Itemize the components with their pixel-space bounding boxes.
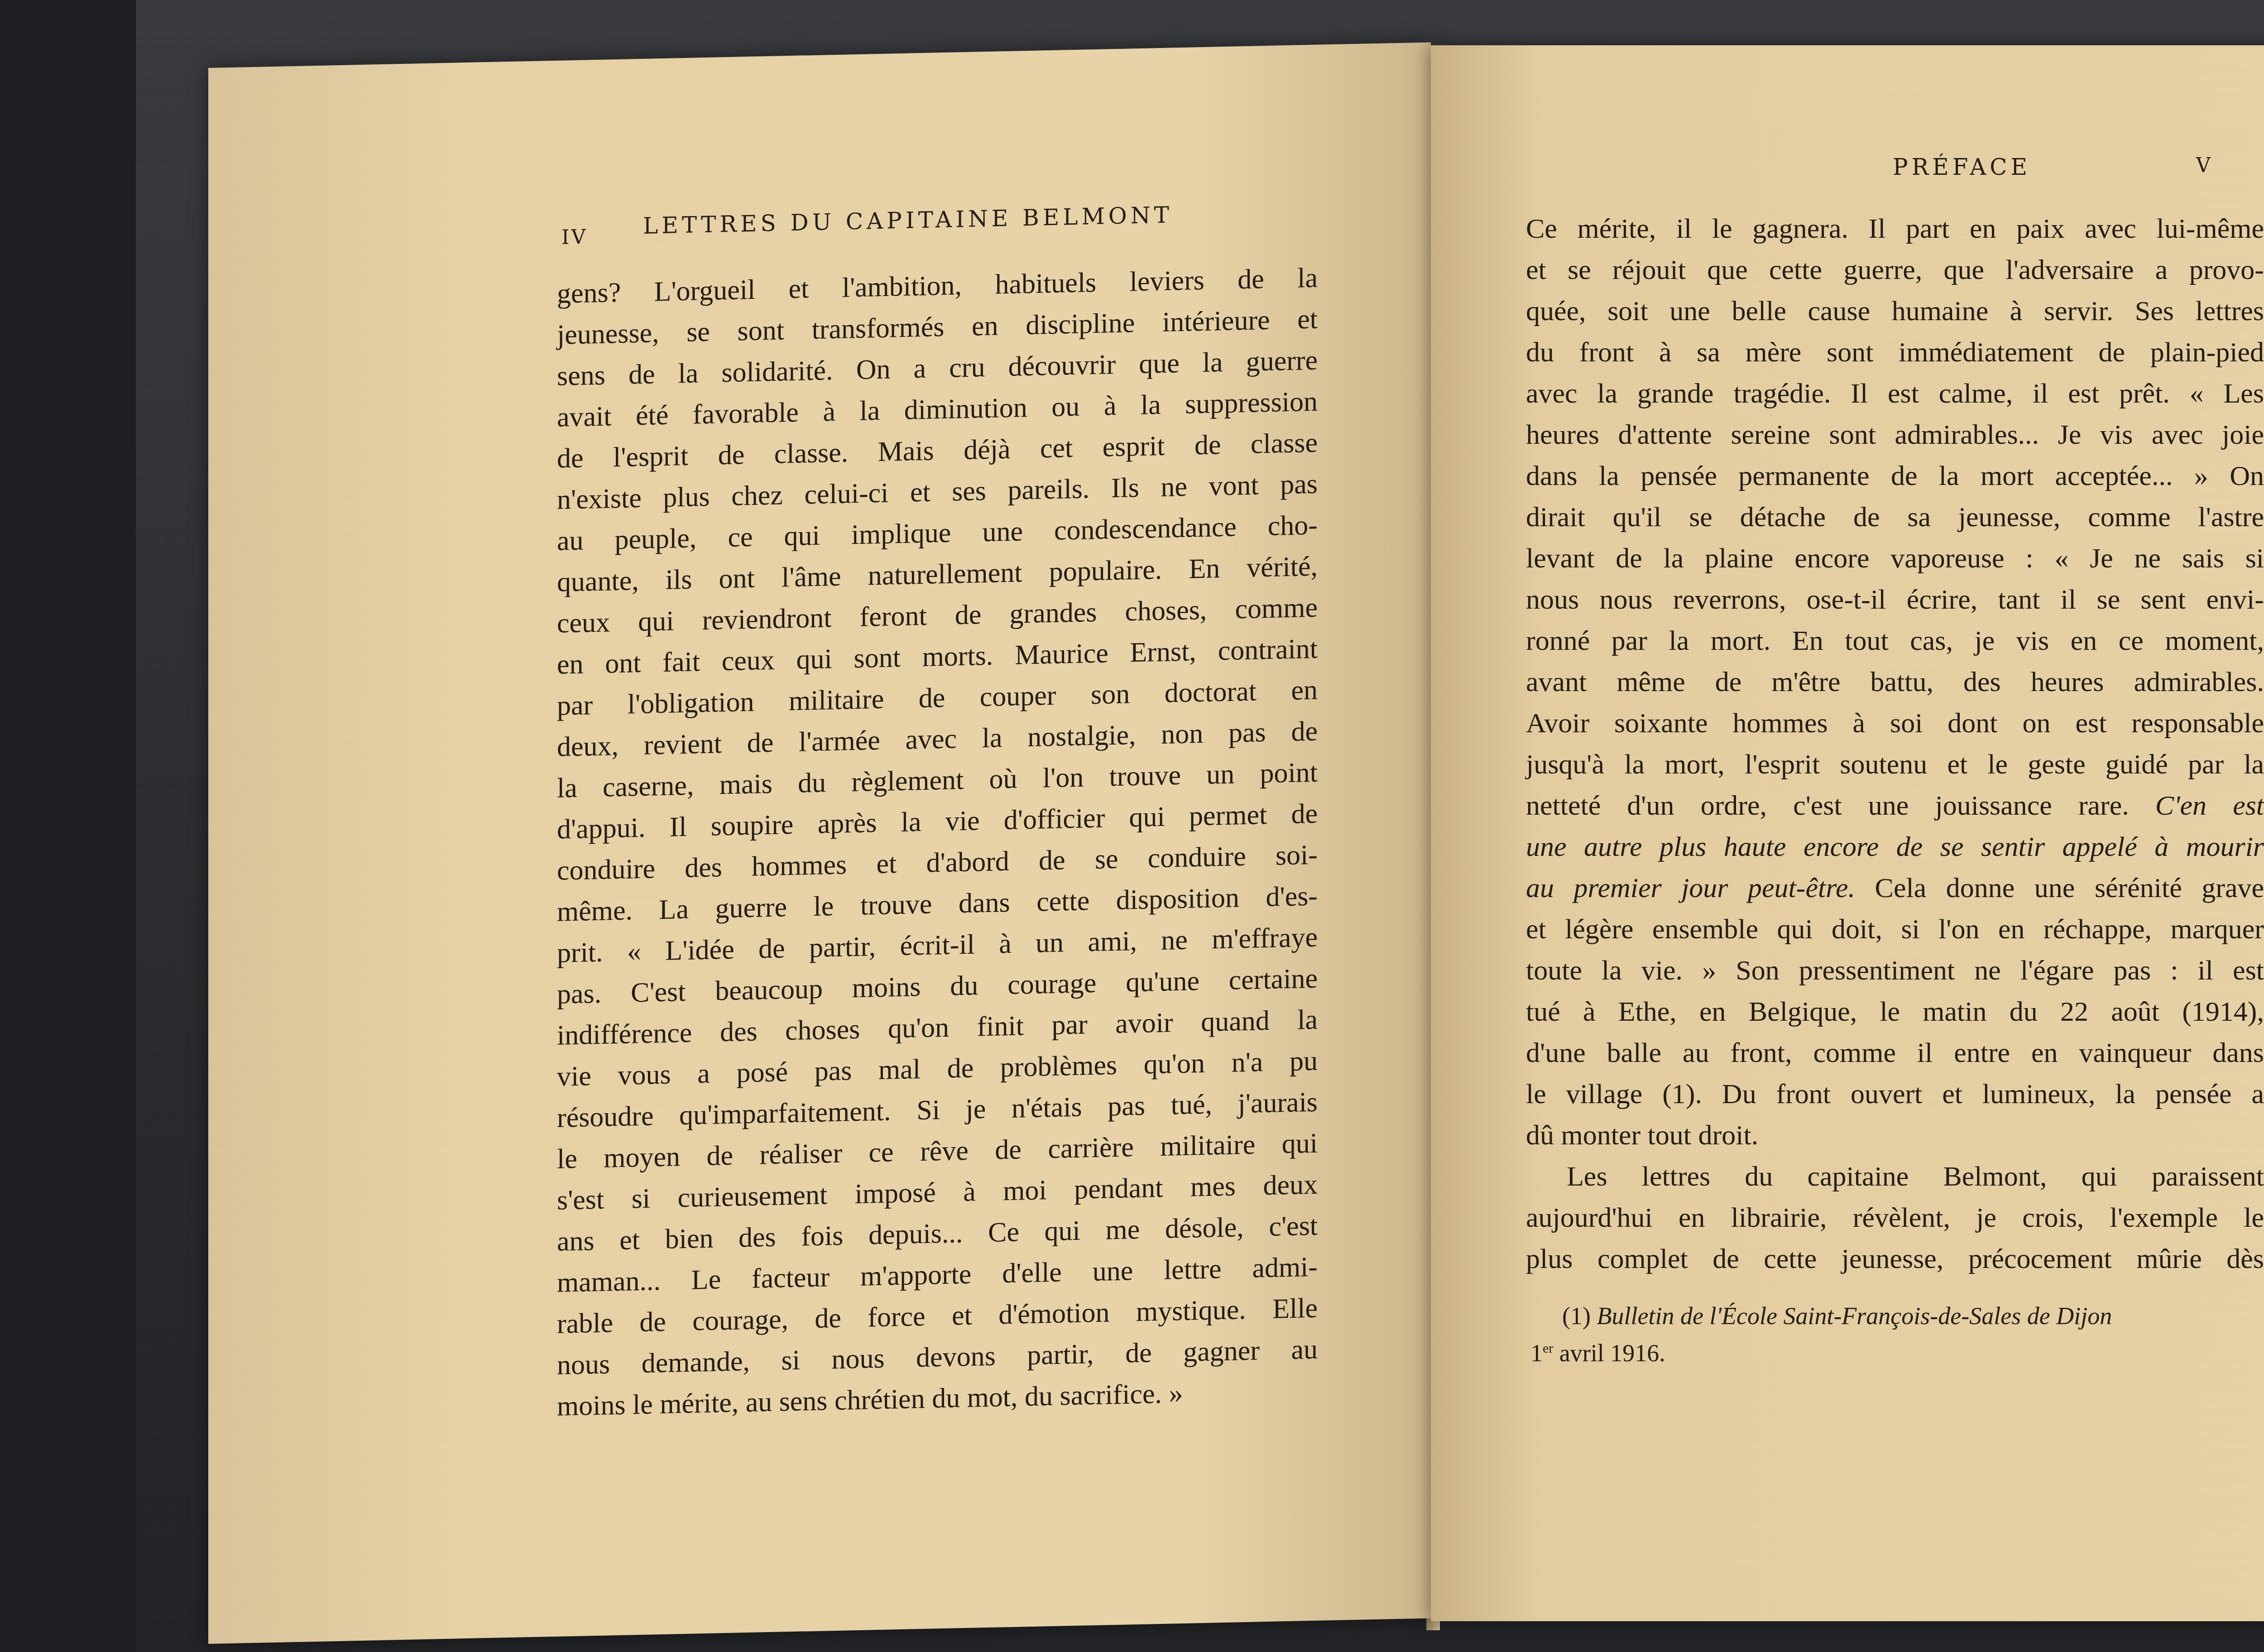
text-line: et se réjouit que cette guerre, que l'ad… xyxy=(1526,250,2264,291)
right-page-body: Ce mérite, il le gagnera. Il part en pai… xyxy=(1526,208,2264,1280)
open-book: IV LETTRES DU CAPITAINE BELMONT gens? L'… xyxy=(172,27,2264,1639)
text-line: tué à Ethe, en Belgique, le matin du 22 … xyxy=(1526,991,2264,1032)
text-line: ronné par la mort. En tout cas, je vis e… xyxy=(1526,620,2264,662)
text-line: le village (1). Du front ouvert et lumin… xyxy=(1526,1074,2264,1115)
text-line: dû monter tout droit. xyxy=(1526,1115,2264,1156)
right-page: PRÉFACE V Ce mérite, il le gagnera. Il p… xyxy=(1431,45,2264,1621)
left-page-folio: IV xyxy=(561,225,587,249)
text-line: avec la grande tragédie. Il est calme, i… xyxy=(1526,373,2264,414)
text-line: nous nous reverrons, ose-t-il écrire, ta… xyxy=(1526,579,2264,620)
text-line: une autre plus haute encore de se sentir… xyxy=(1526,826,2264,868)
text-line: plus complet de cette jeunesse, précocem… xyxy=(1526,1239,2264,1280)
left-page: IV LETTRES DU CAPITAINE BELMONT gens? L'… xyxy=(208,42,1431,1644)
text-line: d'une balle au front, comme il entre en … xyxy=(1526,1032,2264,1074)
footnote-source: Bulletin de l'École Saint-François-de-Sa… xyxy=(1597,1302,2112,1330)
text-line: Ce mérite, il le gagnera. Il part en pai… xyxy=(1526,208,2264,250)
text-line: jusqu'à la mort, l'esprit soutenu et le … xyxy=(1526,744,2264,785)
text-line: levant de la plaine encore vaporeuse : «… xyxy=(1526,538,2264,579)
text-line: toute la vie. » Son pressentiment ne l'é… xyxy=(1526,950,2264,991)
left-page-body: gens? L'orgueil et l'ambition, habituels… xyxy=(557,258,1318,1427)
text-line: aujourd'hui en librairie, révèlent, je c… xyxy=(1526,1197,2264,1239)
text-line: du front à sa mère sont immédiatement de… xyxy=(1526,332,2264,373)
text-line: dans la pensée permanente de la mort acc… xyxy=(1526,456,2264,497)
text-line: et légère ensemble qui doit, si l'on en … xyxy=(1526,909,2264,950)
text-line: quée, soit une belle cause humaine à ser… xyxy=(1526,291,2264,332)
footnote: (1) Bulletin de l'École Saint-François-d… xyxy=(1530,1300,2264,1369)
text-line: heures d'attente sereine sont admirables… xyxy=(1526,414,2264,456)
text-line: au premier jour peut-être. Cela donne un… xyxy=(1526,868,2264,909)
right-page-folio: V xyxy=(2196,154,2212,177)
text-line: Avoir soixante hommes à soi dont on est … xyxy=(1526,703,2264,744)
text-line: netteté d'un ordre, c'est une jouissance… xyxy=(1526,785,2264,826)
left-running-head: LETTRES DU CAPITAINE BELMONT xyxy=(643,202,1173,239)
text-line: dirait qu'il se détache de sa jeunesse, … xyxy=(1526,497,2264,538)
right-running-head: PRÉFACE xyxy=(1893,154,2031,180)
text-line: avant même de m'être battu, des heures a… xyxy=(1526,662,2264,703)
text-line: Les lettres du capitaine Belmont, qui pa… xyxy=(1526,1156,2264,1197)
